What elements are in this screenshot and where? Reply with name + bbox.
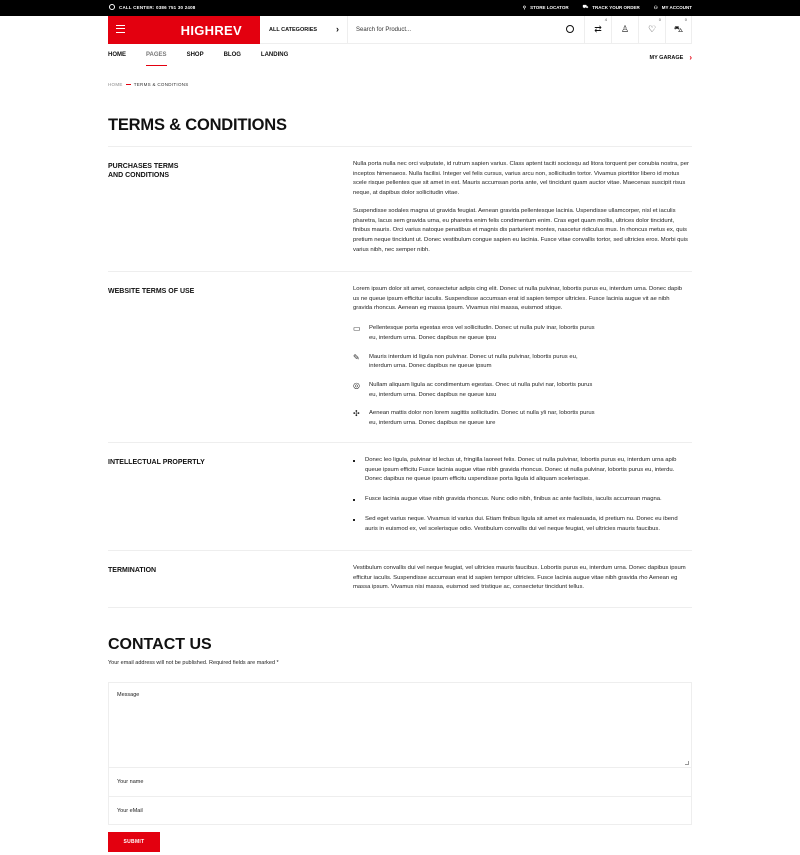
- paragraph: Lorem ipsum dolor sit amet, consectetur …: [353, 285, 689, 314]
- search-input[interactable]: Search for Product...: [347, 16, 584, 44]
- icon-item-text: Nullam aliquam ligula ac condimentum ege…: [369, 381, 599, 400]
- logo-bar: HIGHREV: [108, 16, 260, 44]
- section-body-terms-of-use: Lorem ipsum dolor sit amet, consectetur …: [353, 285, 689, 438]
- paragraph: Suspendisse sodales magna ut gravida feu…: [353, 207, 689, 256]
- breadcrumb-current: TERMS & CONDITIONS: [134, 82, 189, 87]
- icon-item-text: Aenean mattis dolor non lorem sagittis s…: [369, 409, 599, 428]
- divider: [108, 550, 692, 551]
- wishlist-count: 0: [659, 17, 661, 22]
- my-account-link[interactable]: ⚇MY ACCOUNT: [654, 4, 692, 11]
- main-nav: HOME PAGES SHOP BLOG LANDING: [108, 52, 288, 58]
- track-order-label: TRACK YOUR ORDER: [592, 5, 639, 10]
- nav-blog[interactable]: BLOG: [224, 52, 241, 58]
- divider: [108, 146, 692, 147]
- nav-shop[interactable]: SHOP: [187, 52, 204, 58]
- store-locator-link[interactable]: ⚲STORE LOCATOR: [523, 4, 569, 11]
- email-placeholder: Your eMail: [117, 808, 143, 814]
- network-icon: ✣: [353, 409, 362, 428]
- account-button[interactable]: ♙: [611, 16, 638, 44]
- paragraph: Nulla porta nulla nec orci vulputate, id…: [353, 160, 689, 199]
- paragraph: Vestibulum convallis dui vel neque feugi…: [353, 564, 689, 593]
- resize-handle-icon[interactable]: [685, 761, 689, 765]
- top-bar: CALL CENTER: 0386 751 30 2408 ⚲STORE LOC…: [0, 0, 800, 16]
- call-center: CALL CENTER: 0386 751 30 2408: [109, 4, 196, 10]
- location-pin-icon: ⚲: [523, 5, 526, 11]
- contact-title: CONTACT US: [108, 636, 212, 654]
- my-garage-label: MY GARAGE: [650, 55, 684, 61]
- divider: [108, 442, 692, 443]
- bullet-text: Fusce lacinia augue vitae nibh gravida r…: [365, 495, 662, 505]
- icon-list-item: ◎Nullam aliquam ligula ac condimentum eg…: [353, 381, 689, 400]
- folder-icon: ▭: [353, 324, 362, 343]
- chevron-right-icon: ›: [689, 53, 692, 62]
- section-title-intellectual-property: INTELLECTUAL PROPERTLY: [108, 458, 218, 467]
- section-title-purchases: PURCHASES TERMS AND CONDITIONS: [108, 162, 188, 180]
- my-garage-link[interactable]: MY GARAGE ›: [650, 53, 693, 62]
- bullet-dot: [353, 460, 355, 462]
- heart-icon: ♡: [648, 24, 656, 35]
- submit-button[interactable]: SUBMIT: [108, 832, 160, 852]
- headset-icon: [109, 4, 115, 10]
- icon-item-text: Pellentesque porta egestas eros vel soll…: [369, 324, 599, 343]
- bullet-dot: [353, 499, 355, 501]
- page-title: TERMS & CONDITIONS: [108, 116, 287, 135]
- all-categories-button[interactable]: ALL CATEGORIES ›: [260, 16, 347, 44]
- divider: [108, 271, 692, 272]
- icon-list-item: ✎Mauris interdum id ligula non pulvinar.…: [353, 353, 689, 372]
- icon-list-item: ✣Aenean mattis dolor non lorem sagittis …: [353, 409, 689, 428]
- section-title-termination: TERMINATION: [108, 566, 218, 575]
- icon-item-text: Mauris interdum id ligula non pulvinar. …: [369, 353, 599, 372]
- message-placeholder: Message: [117, 692, 139, 698]
- wishlist-button[interactable]: ♡0: [638, 16, 665, 44]
- breadcrumb-separator: [126, 84, 131, 85]
- bullet-item: Sed eget varius neque. Vivamus id varius…: [353, 515, 689, 534]
- cart-button[interactable]: ⛍0: [665, 16, 692, 44]
- search-placeholder: Search for Product...: [356, 27, 411, 33]
- bullet-item: Fusce lacinia augue vitae nibh gravida r…: [353, 495, 689, 505]
- section-body-termination: Vestibulum convallis dui vel neque feugi…: [353, 564, 689, 601]
- user-icon: ♙: [621, 24, 629, 35]
- store-locator-label: STORE LOCATOR: [530, 5, 569, 10]
- nav-landing[interactable]: LANDING: [261, 52, 288, 58]
- bullet-dot: [353, 519, 355, 521]
- section-body-intellectual-property: Donec leo ligula, pulvinar id lectus ut,…: [353, 456, 689, 544]
- breadcrumb: HOME TERMS & CONDITIONS: [108, 82, 189, 87]
- message-textarea[interactable]: Message: [109, 683, 691, 768]
- section-body-purchases: Nulla porta nulla nec orci vulputate, id…: [353, 160, 689, 263]
- bullet-item: Donec leo ligula, pulvinar id lectus ut,…: [353, 456, 689, 485]
- name-input[interactable]: Your name: [109, 768, 691, 796]
- cart-icon: ⛍: [674, 24, 683, 36]
- compare-count: 4: [605, 17, 607, 22]
- track-order-link[interactable]: ⛟TRACK YOUR ORDER: [583, 4, 640, 11]
- user-icon: ⚇: [654, 5, 658, 11]
- cart-count: 0: [685, 17, 687, 22]
- chevron-right-icon: ›: [336, 24, 339, 34]
- contact-note: Your email address will not be published…: [108, 660, 279, 666]
- icon-list-item: ▭Pellentesque porta egestas eros vel sol…: [353, 324, 689, 343]
- compare-icon: ⇄: [594, 24, 602, 35]
- email-input[interactable]: Your eMail: [109, 796, 691, 824]
- nav-pages[interactable]: PAGES: [146, 52, 167, 58]
- name-placeholder: Your name: [117, 779, 143, 785]
- gauge-icon: ◎: [353, 381, 362, 400]
- pencil-icon: ✎: [353, 353, 362, 372]
- brand-logo[interactable]: HIGHREV: [181, 23, 242, 38]
- bullet-text: Donec leo ligula, pulvinar id lectus ut,…: [365, 456, 689, 485]
- call-center-text: CALL CENTER: 0386 751 30 2408: [119, 5, 196, 10]
- divider: [108, 607, 692, 608]
- contact-form: Message Your name Your eMail: [108, 682, 692, 825]
- nav-home[interactable]: HOME: [108, 52, 126, 58]
- breadcrumb-home[interactable]: HOME: [108, 82, 123, 87]
- menu-icon[interactable]: [116, 25, 125, 33]
- my-account-label: MY ACCOUNT: [662, 5, 692, 10]
- search-icon[interactable]: [566, 25, 574, 33]
- section-title-terms-of-use: WEBSITE TERMS OF USE: [108, 287, 218, 296]
- bullet-text: Sed eget varius neque. Vivamus id varius…: [365, 515, 689, 534]
- truck-icon: ⛟: [583, 4, 589, 11]
- compare-button[interactable]: ⇄4: [584, 16, 611, 44]
- all-categories-label: ALL CATEGORIES: [269, 27, 317, 33]
